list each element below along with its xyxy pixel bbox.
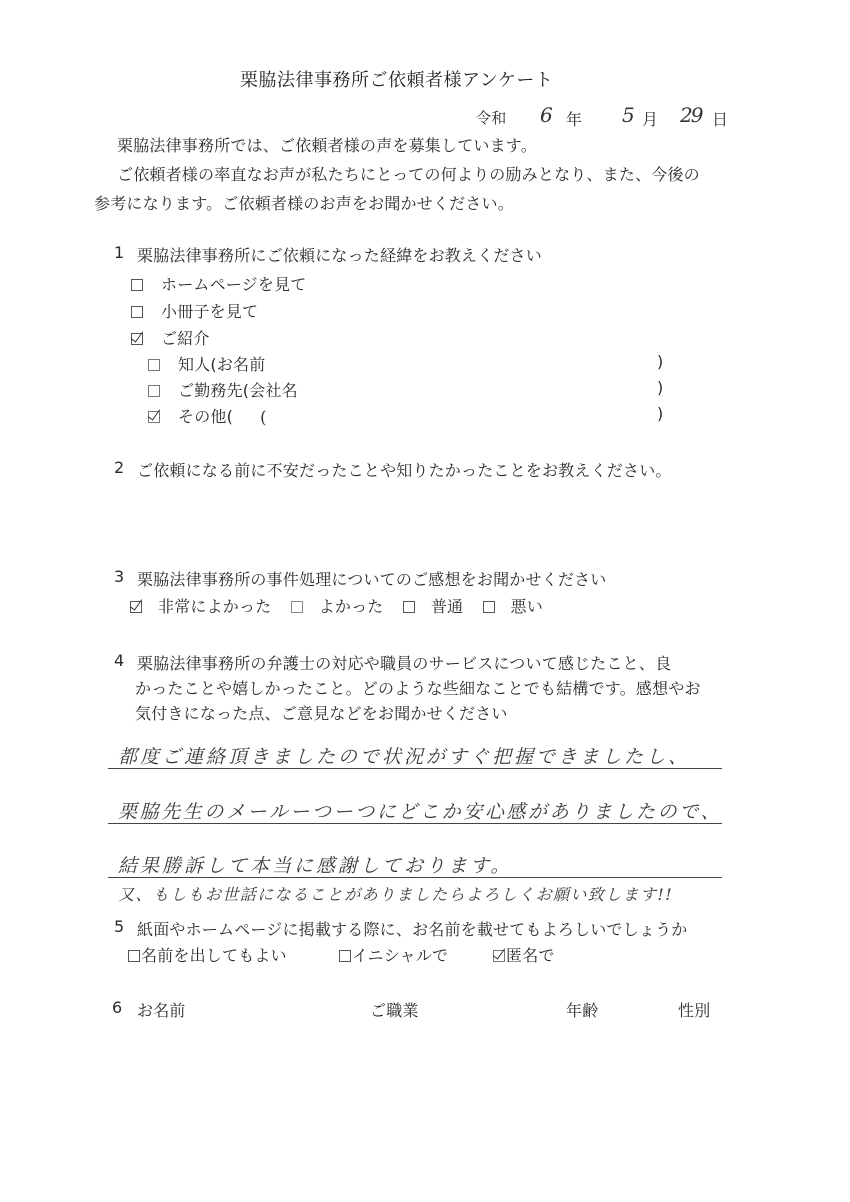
field-name-label: お名前 <box>137 998 186 1021</box>
date-year-value[interactable]: 6 <box>540 103 553 127</box>
date-month-value[interactable]: 5 <box>622 103 635 127</box>
option-label: ご勤務先(会社名 <box>178 381 298 400</box>
question-number: 4 <box>114 651 124 670</box>
option-label: ホームページを見て <box>161 275 306 294</box>
option-good[interactable]: よかった <box>291 597 384 616</box>
handwritten-answer-line: 都度ご連絡頂きましたので状況がすぐ把握できましたし、 <box>118 742 690 769</box>
option-label: よかった <box>319 597 384 616</box>
option-homepage[interactable]: ホームページを見て <box>131 272 306 295</box>
question-text: 紙面やホームページに掲載する際に、お名前を載せてもよろしいでしょうか <box>137 917 687 940</box>
checkbox[interactable] <box>339 950 351 962</box>
option-label: 悪い <box>511 597 543 616</box>
field-occupation-label: ご職業 <box>370 998 419 1021</box>
option-booklet[interactable]: 小冊子を見て <box>131 299 258 322</box>
rating-options: 非常によかった よかった 普通 悪い <box>130 594 543 617</box>
checkbox[interactable] <box>148 359 160 371</box>
answer-underline <box>108 823 722 824</box>
option-label: 匿名で <box>506 946 555 965</box>
date-era: 令和 <box>476 107 506 128</box>
other-input-value[interactable]: ( <box>260 408 269 428</box>
checkbox-checked[interactable] <box>148 411 160 423</box>
date-year-label: 年 <box>566 107 582 130</box>
date-day-label: 日 <box>712 107 728 130</box>
question-text-line: 栗脇法律事務所の弁護士の対応や職員のサービスについて感じたこと、良 <box>137 651 671 674</box>
checkbox[interactable] <box>483 601 495 613</box>
checkbox-checked[interactable] <box>130 601 142 613</box>
checkbox[interactable] <box>128 950 140 962</box>
sub-option-workplace[interactable]: ご勤務先(会社名 <box>148 378 298 401</box>
answer-underline <box>108 877 722 878</box>
option-label: 小冊子を見て <box>161 302 258 321</box>
close-paren: ) <box>657 378 663 397</box>
checkbox-checked[interactable] <box>493 950 505 962</box>
question-text-line: かったことや嬉しかったこと。どのような些細なことでも結構です。感想やお <box>135 676 701 699</box>
close-paren: ) <box>657 352 663 371</box>
intro-line: 栗脇法律事務所では、ご依頼者様の声を募集しています。 <box>117 133 537 156</box>
option-label: イニシャルで <box>352 946 448 965</box>
option-label: ご紹介 <box>161 329 210 348</box>
handwritten-answer-line: 又、もしもお世話になることがありましたらよろしくお願い致します!! <box>118 882 673 905</box>
option-bad[interactable]: 悪い <box>483 597 543 616</box>
question-number: 2 <box>114 458 124 477</box>
question-text: ご依頼になる前に不安だったことや知りたかったことをお教えください。 <box>137 458 672 481</box>
intro-line: 参考になります。ご依頼者様のお声をお聞かせください。 <box>94 191 514 214</box>
option-full-name[interactable]: 名前を出してもよい <box>128 943 287 966</box>
question-text: 栗脇法律事務所にご依頼になった経緯をお教えください <box>137 243 542 266</box>
option-label: 知人(お名前 <box>178 355 265 374</box>
option-initials[interactable]: イニシャルで <box>339 943 448 966</box>
question-number: 5 <box>114 917 124 936</box>
date-month-label: 月 <box>642 107 658 130</box>
field-gender-label: 性別 <box>678 998 710 1021</box>
q2-answer-area[interactable] <box>114 485 724 555</box>
option-label: 普通 <box>431 597 463 616</box>
option-label: 名前を出してもよい <box>141 946 287 965</box>
question-text: 栗脇法律事務所の事件処理についてのご感想をお聞かせください <box>137 567 606 590</box>
checkbox[interactable] <box>291 601 303 613</box>
question-number: 6 <box>112 998 122 1017</box>
option-referral[interactable]: ご紹介 <box>131 326 210 349</box>
intro-line: ご依頼者様の率直なお声が私たちにとっての何よりの励みとなり、また、今後の <box>117 162 700 185</box>
sub-option-acquaintance[interactable]: 知人(お名前 <box>148 352 265 375</box>
option-very-good[interactable]: 非常によかった <box>130 597 271 616</box>
checkbox-checked[interactable] <box>131 333 143 345</box>
form-title: 栗脇法律事務所ご依頼者様アンケート <box>240 66 553 92</box>
sub-option-other[interactable]: その他( <box>148 404 233 427</box>
handwritten-answer-line: 栗脇先生のメールーつーつにどこか安心感がありましたので、 <box>118 797 722 824</box>
close-paren: ) <box>657 404 663 423</box>
answer-underline <box>108 768 722 769</box>
option-average[interactable]: 普通 <box>403 597 463 616</box>
date-day-value[interactable]: 29 <box>680 103 701 127</box>
question-text-line: 気付きになった点、ご意見などをお聞かせください <box>135 701 508 724</box>
question-number: 3 <box>114 567 124 586</box>
checkbox[interactable] <box>131 306 143 318</box>
option-label: 非常によかった <box>158 597 271 616</box>
question-number: 1 <box>114 243 124 262</box>
checkbox[interactable] <box>148 385 160 397</box>
handwritten-answer-line: 結果勝訴して本当に感謝しております。 <box>118 851 512 878</box>
option-label: その他( <box>178 407 233 426</box>
field-age-label: 年齢 <box>566 998 598 1021</box>
option-anonymous[interactable]: 匿名で <box>493 943 555 966</box>
checkbox[interactable] <box>403 601 415 613</box>
checkbox[interactable] <box>131 279 143 291</box>
